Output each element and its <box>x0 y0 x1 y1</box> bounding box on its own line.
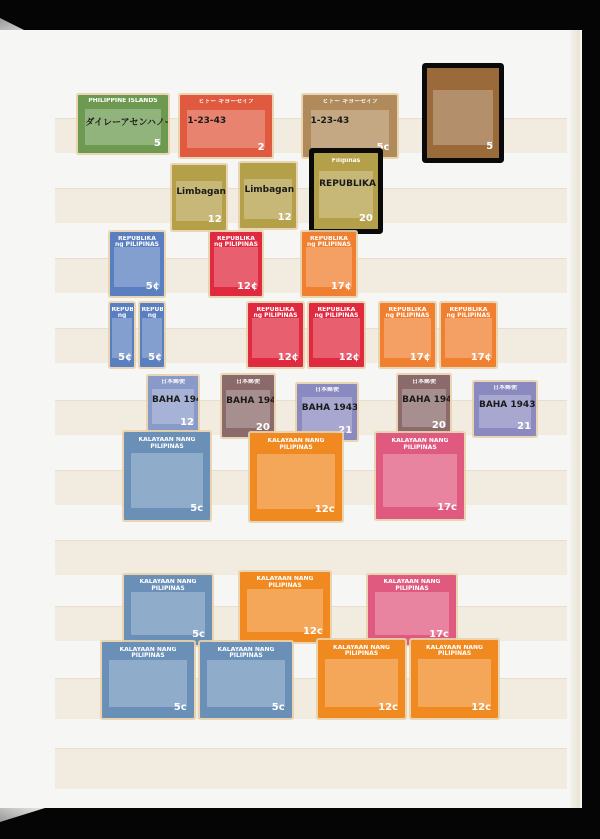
stamp-value: 5c <box>190 503 203 514</box>
stamp-header <box>243 167 292 179</box>
stamp: REPUBLIKA ng PILIPINAS5¢ <box>110 303 134 367</box>
stamp-value: 17c <box>437 502 457 513</box>
stamp-header: REPUBLIKA ng PILIPINAS <box>312 307 360 319</box>
stamp-value: 17c <box>429 629 449 640</box>
stamp-value: 17¢ <box>471 352 492 363</box>
stamp-value: 20 <box>359 213 373 224</box>
stamp-value: 12 <box>208 214 222 225</box>
stamp-header: REPUBLIKA ng PILIPINAS <box>444 307 492 319</box>
stamp-header: PHILIPPINE ISLANDS <box>83 98 162 108</box>
stamp-header: KALAYAAN NANG PILIPINAS <box>256 438 337 454</box>
stamp-value: 12 <box>278 212 292 223</box>
stamp-header: REPUBLIKA ng PILIPINAS <box>113 236 161 248</box>
stamp-value: 2 <box>258 142 265 153</box>
stamp-overprint: ダイレーアセンハノー <box>85 115 168 128</box>
stamp-value: 5¢ <box>146 281 160 292</box>
stamp-value: 12¢ <box>339 352 360 363</box>
stamp-design <box>109 660 186 707</box>
stamp: 日本郵便BAHA 194321 <box>297 384 357 440</box>
stamp: REPUBLIKA ng PILIPINAS17¢ <box>380 303 435 367</box>
stamp-overprint: BAHA 1943 <box>152 395 198 405</box>
glassine-strip <box>55 748 567 789</box>
stamp-value: 12 <box>180 417 194 428</box>
stamp: KALAYAAN NANG PILIPINAS17c <box>368 575 456 645</box>
stamp-value: 5¢ <box>148 352 162 363</box>
stamp-header: KALAYAAN NANG PILIPINAS <box>206 647 287 661</box>
stamp-header: 日本郵便 <box>478 385 533 395</box>
stamp-value: 5c <box>377 142 390 153</box>
stamp: PHILIPPINE ISLANDSダイレーアセンハノー5 <box>78 95 168 153</box>
stamp-design <box>131 453 203 508</box>
page-curl <box>0 808 45 822</box>
stamp-header: KALAYAAN NANG PILIPINAS <box>129 579 206 592</box>
stamp: REPUBLIKA ng PILIPINAS5¢ <box>140 303 164 367</box>
stamp-header: KALAYAAN NANG PILIPINAS <box>245 576 324 589</box>
stamp-overprint: BAHA 1943 <box>226 396 274 406</box>
stamp-value: 5¢ <box>118 352 132 363</box>
stamp: REPUBLIKA ng PILIPINAS17¢ <box>441 303 496 367</box>
stamp-overprint: BAHA 1943 <box>402 395 450 405</box>
stamp-value: 12¢ <box>278 352 299 363</box>
stamp-design <box>433 90 494 146</box>
stamp: KALAYAAN NANG PILIPINAS5c <box>124 575 212 645</box>
stamp: FilipinasREPUBLIKA20 <box>314 153 378 229</box>
stamp-header: KALAYAAN NANG PILIPINAS <box>108 647 189 661</box>
stamp-header: REPUBLIKA ng PILIPINAS <box>141 307 162 319</box>
stamp-header: 日本郵便 <box>301 387 354 397</box>
stamp: KALAYAAN NANG PILIPINAS5c <box>124 432 210 520</box>
stamp: Limbagan 1593-194312 <box>172 165 226 230</box>
stamp: KALAYAAN NANG PILIPINAS12c <box>240 572 330 642</box>
stamp-value: 12c <box>303 626 323 637</box>
stamp-header: 日本郵便 <box>151 379 195 389</box>
stamp: ヒトー ギヨーセイフ1-23-435c <box>303 95 397 157</box>
stamp: KALAYAAN NANG PILIPINAS5c <box>200 642 292 718</box>
stamp-header: REPUBLIKA ng PILIPINAS <box>383 307 431 319</box>
stamp-header: KALAYAAN NANG PILIPINAS <box>373 579 450 592</box>
stamp-overprint: BAHA 1943 <box>479 400 536 410</box>
stamp-header: 日本郵便 <box>225 379 271 390</box>
stamp-value: 12¢ <box>237 281 258 292</box>
stamp-header: KALAYAAN NANG PILIPINAS <box>129 437 205 453</box>
stamp: KALAYAAN NANG PILIPINAS17c <box>376 433 464 519</box>
stamp-value: 21 <box>517 421 531 432</box>
stamp-value: 5c <box>174 702 187 713</box>
page-edge <box>570 30 580 808</box>
stamp-overprint: BAHA 1943 <box>302 403 357 413</box>
stamp-design <box>383 454 457 507</box>
stamp: KALAYAAN NANG PILIPINAS12c <box>318 640 405 718</box>
stamp: KALAYAAN NANG PILIPINAS12c <box>250 433 342 521</box>
stamp-header: KALAYAAN NANG PILIPINAS <box>416 645 493 659</box>
stamp-header <box>431 73 494 89</box>
stamp-value: 5 <box>486 141 493 152</box>
stamp: KALAYAAN NANG PILIPINAS12c <box>411 640 498 718</box>
stamp-value: 17¢ <box>331 281 352 292</box>
stamp-header: REPUBLIKA ng PILIPINAS <box>251 307 299 319</box>
stamp-design <box>257 454 334 509</box>
stamp-overprint: Limbagan 1593-1943 <box>244 185 296 195</box>
stamp: 日本郵便BAHA 194320 <box>398 375 450 435</box>
stamp-header: Filipinas <box>318 158 374 172</box>
stamp: Limbagan 1593-194312 <box>240 163 296 228</box>
stamp-header: ヒトー ギヨーセイフ <box>309 99 392 110</box>
stamp-value: 12c <box>315 504 335 515</box>
stamp-value: 5 <box>154 138 161 149</box>
stamp-design <box>207 660 284 707</box>
stamp: ヒトー ギヨーセイフ1-23-432 <box>180 95 272 157</box>
stamp: REPUBLIKA ng PILIPINAS12¢ <box>248 303 303 367</box>
stamp-header: KALAYAAN NANG PILIPINAS <box>323 645 400 659</box>
stamp-value: 20 <box>432 420 446 431</box>
stamp-value: 12c <box>378 702 398 713</box>
stamp-value: 12c <box>471 702 491 713</box>
stamp: 日本郵便BAHA 194321 <box>474 382 536 436</box>
stamp-overprint: 1-23-43 <box>311 116 350 126</box>
stamp-header <box>175 169 223 181</box>
stamp-overprint: 1-23-43 <box>187 116 226 126</box>
stamp-header: 日本郵便 <box>401 379 447 390</box>
stamp-overprint: Limbagan 1593-1943 <box>176 187 226 197</box>
stamp-value: 5c <box>192 629 205 640</box>
stamp: REPUBLIKA ng PILIPINAS17¢ <box>302 232 356 296</box>
stamp-overprint: REPUBLIKA <box>319 179 376 189</box>
glassine-strip <box>55 540 567 575</box>
stamp: 日本郵便BAHA 194312 <box>148 376 198 432</box>
stamp: REPUBLIKA ng PILIPINAS12¢ <box>309 303 364 367</box>
stamp: REPUBLIKA ng PILIPINAS5¢ <box>110 232 164 296</box>
stamp: REPUBLIKA ng PILIPINAS12¢ <box>210 232 262 296</box>
stamp-design <box>418 659 491 707</box>
stamp: 日本郵便BAHA 194320 <box>222 375 274 437</box>
glassine-strip <box>55 188 567 223</box>
stamp-value: 5c <box>272 702 285 713</box>
stamp-design <box>325 659 398 707</box>
stamp: 5 <box>427 68 499 158</box>
stamp-header: REPUBLIKA ng PILIPINAS <box>305 236 353 248</box>
stamp-header: REPUBLIKA ng PILIPINAS <box>213 236 259 248</box>
stamp-header: ヒトー ギヨーセイフ <box>186 99 267 110</box>
stamp-header: KALAYAAN NANG PILIPINAS <box>381 438 458 453</box>
stamp-value: 17¢ <box>410 352 431 363</box>
stamp-value: 20 <box>256 422 270 433</box>
stamp: KALAYAAN NANG PILIPINAS5c <box>102 642 194 718</box>
stamp-header: REPUBLIKA ng PILIPINAS <box>111 307 132 319</box>
